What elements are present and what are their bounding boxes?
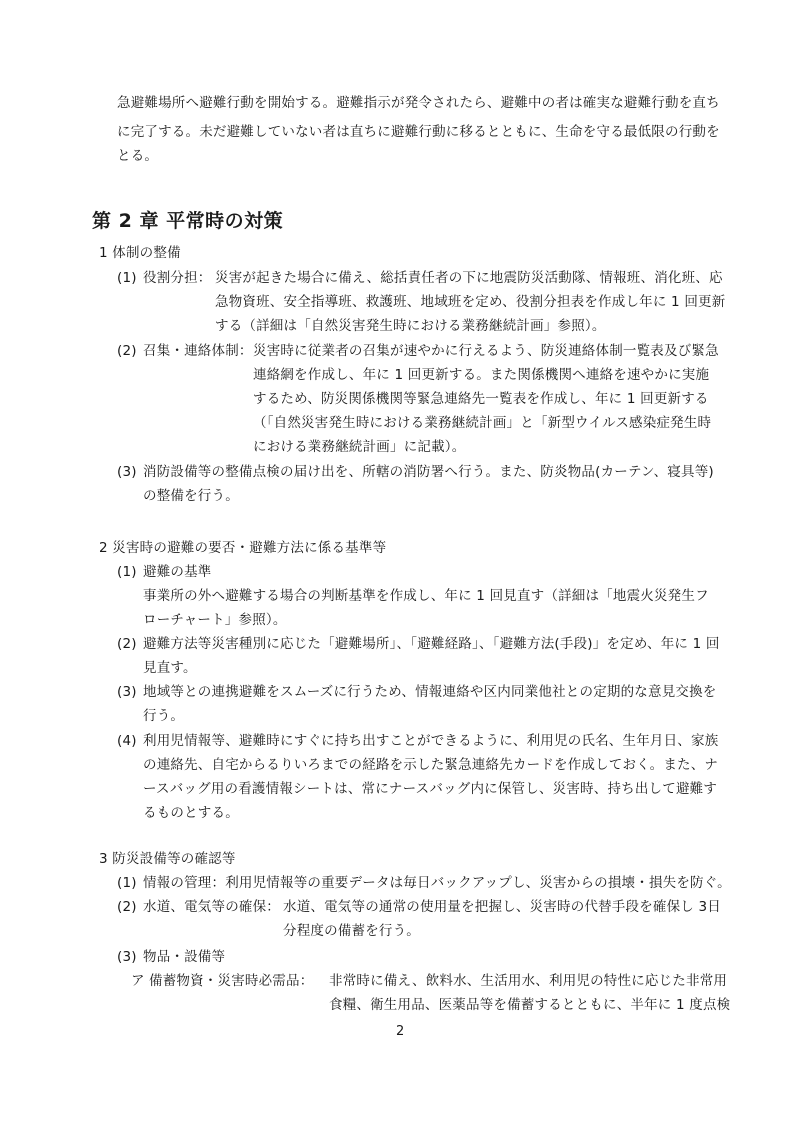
s3-item2-line-2: 分程度の備蓄を行う。 bbox=[283, 925, 420, 939]
s1-item1-line-3: する（詳細は「自然災害発生時における業務継続計画」参照）。 bbox=[215, 320, 606, 334]
s1-item2-line-3: するため、防災関係機関等緊急連絡先一覧表を作成し、年に 1 回更新する bbox=[253, 393, 709, 407]
intro-line-3: とる。 bbox=[117, 150, 158, 164]
s3-item2-label: 水道、電気等の確保： bbox=[143, 901, 280, 915]
s2-item4-line-3: ースバッグ用の看護情報シートは、常にナースバッグ内に保管し、災害時、持ち出して避… bbox=[143, 783, 717, 797]
s3-item3-sub-line-2: 食糧、衛生用品、医薬品等を備蓄するとともに、半年に 1 度点検 bbox=[329, 999, 730, 1013]
s2-item4-line-4: るものとする。 bbox=[143, 807, 239, 821]
s1-item1-num: (1) bbox=[117, 272, 137, 286]
s3-item1-line-1: 情報の管理：利用児情報等の重要データは毎日バックアップし、災害からの損壊・損失を… bbox=[143, 877, 731, 891]
s3-item1-num: (1) bbox=[117, 877, 137, 891]
s1-item2-label: 召集・連絡体制： bbox=[143, 345, 253, 359]
s1-item3-line-2: の整備を行う。 bbox=[143, 490, 239, 504]
s1-item1-line-1: 災害が起きた場合に備え、総括責任者の下に地震防災活動隊、情報班、消化班、応 bbox=[215, 272, 723, 286]
s2-item4-num: (4) bbox=[117, 735, 137, 749]
s1-item2-line-4: （「自然災害発生時における業務継続計画」と「新型ウイルス感染症発生時 bbox=[253, 417, 711, 431]
s2-item1-num: (1) bbox=[117, 566, 137, 580]
chapter-title: 第 2 章 平常時の対策 bbox=[92, 206, 283, 233]
page-number: 2 bbox=[396, 1024, 404, 1039]
s2-item2-line-1: 避難方法等災害種別に応じた「避難場所」、「避難経路」、「避難方法(手段)」を定め… bbox=[143, 638, 720, 652]
s3-item3-sub-mark: ア bbox=[131, 975, 145, 989]
section-3-heading: 3 防災設備等の確認等 bbox=[99, 853, 236, 867]
section-1-heading: 1 体制の整備 bbox=[99, 247, 181, 261]
s2-item3-line-1: 地域等との連携避難をスムーズに行うため、情報連絡や区内同業他社との定期的な意見交… bbox=[143, 686, 717, 700]
s1-item3-line-1: 消防設備等の整備点検の届け出を、所轄の消防署へ行う。また、防炎物品(カーテン、寝… bbox=[143, 466, 714, 480]
s1-item2-line-1: 災害時に従業者の召集が速やかに行えるよう、防災連絡体制一覧表及び緊急 bbox=[253, 345, 719, 359]
s3-item2-num: (2) bbox=[117, 901, 137, 915]
s2-item3-num: (3) bbox=[117, 686, 137, 700]
s1-item2-line-2: 連絡網を作成し、年に 1 回更新する。また関係機関へ連絡を速やかに実施 bbox=[253, 369, 709, 383]
s2-item1-line-2: ローチャート」参照）。 bbox=[143, 614, 287, 628]
s1-item1-label: 役割分担： bbox=[143, 272, 212, 286]
s2-item2-num: (2) bbox=[117, 638, 137, 652]
s1-item2-line-5: における業務継続計画」に記載）。 bbox=[253, 441, 465, 455]
s1-item2-num: (2) bbox=[117, 345, 137, 359]
s3-item3-num: (3) bbox=[117, 951, 137, 965]
s2-item2-line-2: 見直す。 bbox=[143, 662, 197, 676]
s2-item1-title: 避難の基準 bbox=[143, 566, 212, 580]
s1-item3-num: (3) bbox=[117, 466, 137, 480]
s3-item3-title: 物品・設備等 bbox=[143, 951, 225, 965]
s2-item3-line-2: 行う。 bbox=[143, 710, 184, 724]
s1-item1-line-2: 急物資班、安全指導班、救護班、地域班を定め、役割分担表を作成し年に 1 回更新 bbox=[215, 296, 725, 310]
s3-item3-sub-label: 備蓄物資・災害時必需品： bbox=[149, 975, 313, 989]
intro-line-1: 急避難場所へ避難行動を開始する。避難指示が発令されたら、避難中の者は確実な避難行… bbox=[117, 97, 720, 111]
section-2-heading: 2 災害時の避難の要否・避難方法に係る基準等 bbox=[99, 542, 386, 556]
s3-item3-sub-line-1: 非常時に備え、飲料水、生活用水、利用児の特性に応じた非常用 bbox=[329, 975, 727, 989]
s2-item4-line-2: の連絡先、自宅からるりいろまでの経路を示した緊急連絡先カードを作成しておく。また… bbox=[143, 759, 718, 773]
s2-item1-line-1: 事業所の外へ避難する場合の判断基準を作成し、年に 1 回見直す（詳細は「地震火災… bbox=[143, 590, 709, 604]
s2-item4-line-1: 利用児情報等、避難時にすぐに持ち出すことができるように、利用児の氏名、生年月日、… bbox=[143, 735, 718, 749]
s3-item2-line-1: 水道、電気等の通常の使用量を把握し、災害時の代替手段を確保し 3日 bbox=[283, 901, 721, 915]
intro-line-2: に完了する。未だ避難していない者は直ちに避難行動に移るとともに、生命を守る最低限… bbox=[117, 126, 720, 140]
